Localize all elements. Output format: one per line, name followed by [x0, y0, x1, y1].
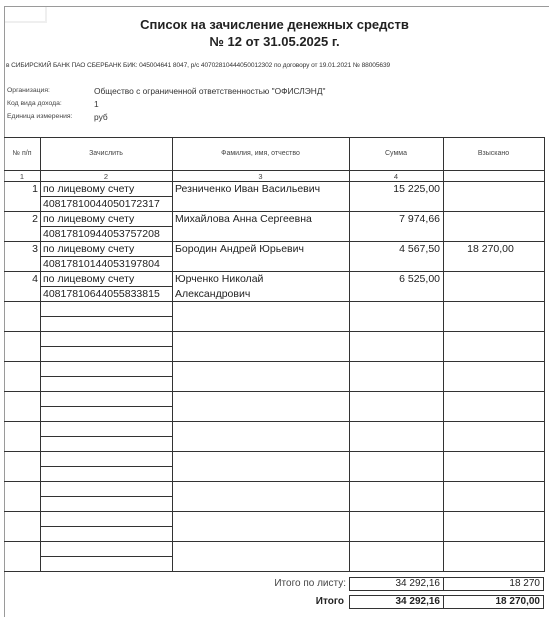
- column-divider: [443, 137, 444, 572]
- header-full-name: Фамилия, имя, отчество: [172, 150, 349, 157]
- amount: 15 225,00: [349, 183, 440, 195]
- subrow-divider: [40, 196, 172, 197]
- column-number-1: 1: [4, 172, 40, 181]
- account-number: 40817810644055833815: [43, 288, 160, 300]
- document-title: Список на зачисление денежных средств: [0, 17, 549, 32]
- subrow-divider: [40, 226, 172, 227]
- row-divider: [4, 271, 545, 272]
- column-divider: [172, 137, 173, 572]
- credit-to-type: по лицевому счету: [43, 183, 134, 195]
- account-number: 40817810944053757208: [43, 228, 160, 240]
- full-name: Бородин Андрей Юрьевич: [175, 243, 304, 255]
- column-number-3: 3: [172, 172, 349, 181]
- row-number: 4: [4, 273, 38, 285]
- subrow-divider: [40, 526, 172, 527]
- credit-to-type: по лицевому счету: [43, 243, 134, 255]
- row-divider: [4, 361, 545, 362]
- full-name: Юрченко Николай: [175, 273, 263, 285]
- subrow-divider: [40, 406, 172, 407]
- column-number-2: 2: [40, 172, 172, 181]
- row-number: 1: [4, 183, 38, 195]
- subrow-divider: [40, 286, 172, 287]
- full-name: Резниченко Иван Васильевич: [175, 183, 320, 195]
- page-total-label: Итого по листу:: [200, 578, 346, 589]
- row-number: 3: [4, 243, 38, 255]
- account-number: 40817810044050172317: [43, 198, 160, 210]
- unit-label: Единица измерения:: [7, 113, 72, 120]
- subrow-divider: [40, 436, 172, 437]
- header-amount: Сумма: [349, 150, 443, 157]
- subrow-divider: [40, 496, 172, 497]
- column-divider: [544, 137, 545, 572]
- withheld-amount: 18 270,00: [443, 243, 538, 255]
- account-number: 40817810144053197804: [43, 258, 160, 270]
- table-top-border: [4, 137, 545, 138]
- row-divider: [4, 301, 545, 302]
- row-number: 2: [4, 213, 38, 225]
- credit-to-type: по лицевому счету: [43, 213, 134, 225]
- document-number-date: № 12 от 31.05.2025 г.: [0, 34, 549, 49]
- row-divider: [4, 481, 545, 482]
- column-divider: [349, 137, 350, 572]
- page-frame-left: [4, 6, 5, 617]
- organization-label: Организация:: [7, 87, 50, 94]
- header-number: № п/п: [4, 150, 40, 157]
- subrow-divider: [40, 556, 172, 557]
- amount: 4 567,50: [349, 243, 440, 255]
- column-number-4: 4: [349, 172, 443, 181]
- header-withheld: Взыскано: [443, 150, 544, 157]
- row-divider: [4, 211, 545, 212]
- number-row-divider: [4, 181, 545, 182]
- subrow-divider: [40, 466, 172, 467]
- unit-value: руб: [94, 112, 108, 122]
- subrow-divider: [40, 346, 172, 347]
- amount: 6 525,00: [349, 273, 440, 285]
- subrow-divider: [40, 256, 172, 257]
- grand-total-amount: 34 292,16: [349, 595, 444, 609]
- row-divider: [4, 511, 545, 512]
- row-divider: [4, 421, 545, 422]
- row-divider: [4, 241, 545, 242]
- page-total-withheld: 18 270: [443, 577, 544, 591]
- income-code-value: 1: [94, 99, 99, 109]
- row-divider: [4, 571, 545, 572]
- subrow-divider: [40, 376, 172, 377]
- row-divider: [4, 541, 545, 542]
- organization-value: Общество с ограниченной ответственностью…: [94, 86, 325, 96]
- bank-details: в СИБИРСКИЙ БАНК ПАО СБЕРБАНК БИК: 04500…: [6, 62, 390, 69]
- grand-total-withheld: 18 270,00: [443, 595, 544, 609]
- income-code-label: Код вида дохода:: [7, 100, 62, 107]
- amount: 7 974,66: [349, 213, 440, 225]
- header-credit-to: Зачислить: [40, 150, 172, 157]
- row-divider: [4, 391, 545, 392]
- row-divider: [4, 331, 545, 332]
- row-divider: [4, 451, 545, 452]
- header-divider: [4, 170, 545, 171]
- page-frame-top: [4, 6, 549, 7]
- column-divider: [40, 137, 41, 572]
- full-name-continued: Александрович: [175, 288, 250, 300]
- subrow-divider: [40, 316, 172, 317]
- grand-total-label: Итого: [200, 596, 344, 607]
- credit-to-type: по лицевому счету: [43, 273, 134, 285]
- full-name: Михайлова Анна Сергеевна: [175, 213, 312, 225]
- page-total-amount: 34 292,16: [349, 577, 444, 591]
